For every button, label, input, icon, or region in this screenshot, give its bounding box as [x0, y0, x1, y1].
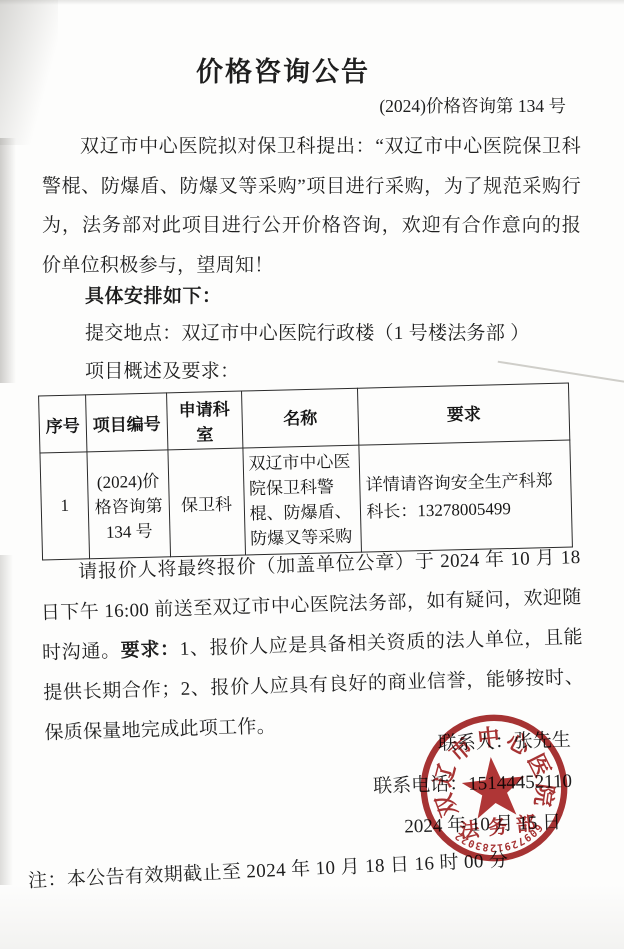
scan-smudge-left-lower [0, 555, 13, 885]
cell-project-no: (2024)价格咨询第 134 号 [87, 450, 170, 559]
svg-text:2: 2 [490, 841, 496, 852]
svg-text:心: 心 [502, 727, 535, 760]
header-project-no: 项目编号 [85, 393, 167, 452]
paper-crease-line [498, 361, 624, 384]
header-requirement: 要求 [358, 383, 570, 445]
scanned-announcement-page: 价格咨询公告 (2024)价格咨询第 134 号 双辽市中心医院拟对保卫科提出：… [0, 0, 624, 949]
document-number: (2024)价格咨询第 134 号 [379, 93, 566, 118]
official-seal: 双辽市中心医院 法务部 2203821927906 [408, 701, 580, 874]
svg-text:辽: 辽 [430, 761, 460, 789]
svg-text:双: 双 [431, 790, 462, 820]
cell-requirement: 详情请咨询安全生产科郑科长：13278005499 [359, 440, 572, 552]
document-title: 价格咨询公告 [0, 50, 624, 89]
scan-smudge-top [0, 0, 624, 5]
overview-heading: 项目概述及要求： [85, 356, 239, 383]
svg-text:院: 院 [530, 782, 558, 808]
svg-text:1: 1 [497, 841, 504, 853]
scan-smudge-left-upper [0, 138, 16, 383]
header-name: 名称 [241, 388, 359, 448]
cell-serial-no: 1 [40, 452, 90, 560]
header-serial-no: 序号 [39, 395, 87, 453]
svg-text:中: 中 [476, 724, 501, 751]
svg-text:医: 医 [523, 750, 555, 781]
header-department: 申请科室 [166, 391, 242, 450]
seal-star-icon [459, 754, 528, 820]
cell-department: 保卫科 [168, 448, 245, 557]
cell-name: 双辽市中心医院保卫科警棍、防爆盾、防爆叉等采购 [243, 445, 362, 555]
svg-text:市: 市 [445, 733, 478, 767]
intro-paragraph: 双辽市中心医院拟对保卫科提出：“双辽市中心医院保卫科警棍、防爆盾、防爆叉等采购”… [42, 127, 581, 285]
submit-location-line: 提交地点：双辽市中心医院行政楼（1 号楼法务部 ） [85, 318, 530, 345]
arrangement-heading: 具体安排如下： [85, 281, 222, 308]
scan-smudge-bottom [0, 885, 624, 949]
project-table: 序号 项目编号 申请科室 名称 要求 1 (2024)价格咨询第 134 号 保… [38, 383, 573, 561]
requirements-label: 要求： [120, 639, 180, 662]
